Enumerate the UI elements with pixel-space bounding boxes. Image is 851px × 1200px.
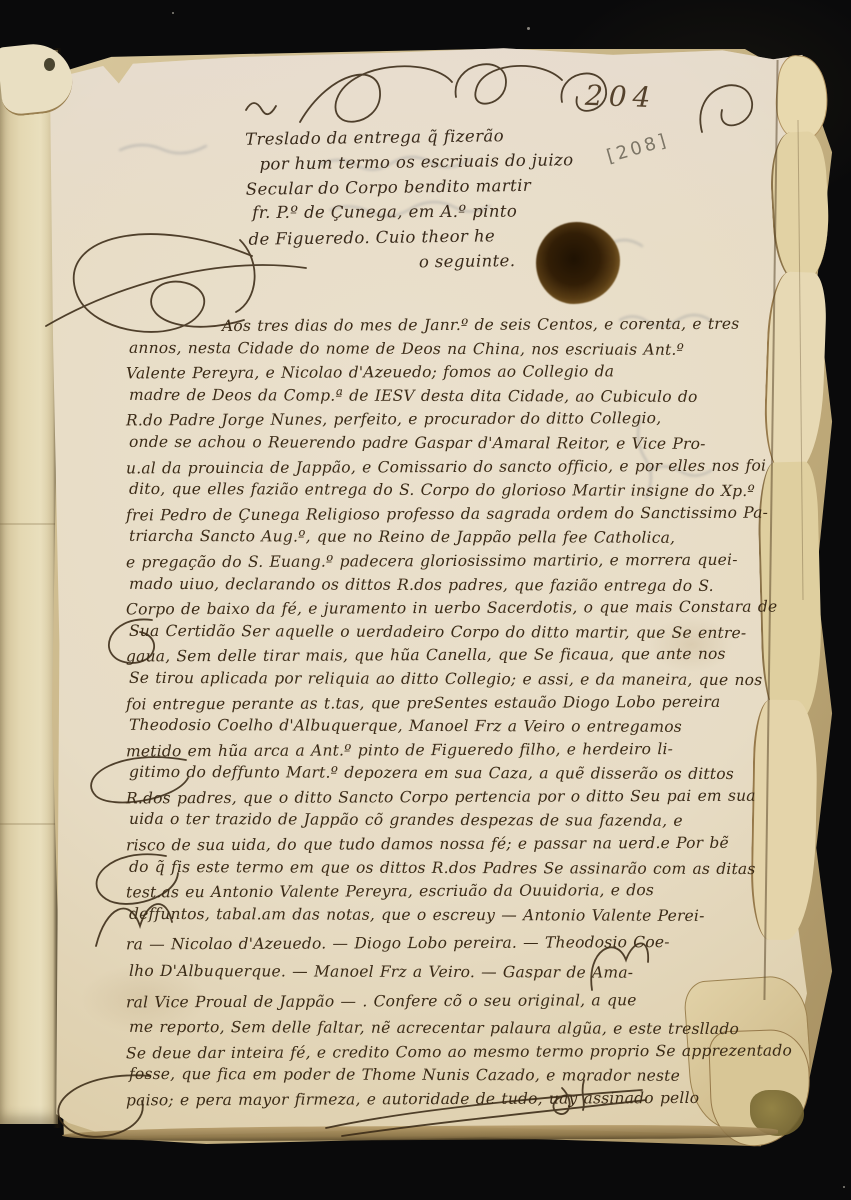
manuscript-line: uida o ter trazido de Jappão cõ grandes … [129, 808, 777, 834]
manuscript-line: frei Pedro de Çunega Religioso professo … [126, 501, 774, 527]
manuscript-line: ra — Nicolao d'Azeuedo. — Diogo Lobo per… [126, 931, 774, 957]
paper-crease [0, 523, 58, 525]
manuscript-line: test.as eu Antonio Valente Pereyra, escr… [126, 879, 774, 905]
page-number: 204 [584, 79, 657, 114]
body-text-block: Aos tres dias do mes de Janr.º de seis C… [126, 314, 774, 1112]
manuscript-photo: 204 [208] Treslado da entrega q̃ fizerão… [0, 0, 851, 1200]
manuscript-line: metido em hũa arca a Ant.º pinto de Figu… [126, 737, 774, 763]
manuscript-line: lho D'Albuquerque. — Manoel Frz a Veiro.… [129, 960, 777, 986]
manuscript-line: u.al da prouincia de Jappão, e Comissari… [126, 454, 774, 480]
manuscript-line: gitimo do deffunto Mart.º depozera em su… [129, 761, 777, 787]
manuscript-line: mado uiuo, declarando os dittos R.dos pa… [129, 572, 777, 598]
manuscript-line: Aos tres dias do mes de Janr.º de seis C… [126, 313, 774, 339]
manuscript-line: foi entregue perante as t.tas, que preSe… [126, 690, 774, 716]
heading-line: Secular do Corpo bendito martir [246, 171, 646, 202]
manuscript-line: onde se achou o Reuerendo padre Gaspar d… [129, 431, 777, 457]
manuscript-line: risco de sua uida, do que tudo damos nos… [126, 832, 774, 858]
manuscript-line: deffuntos, tabal.am das notas, que o esc… [129, 903, 777, 929]
manuscript-line: do q̃ fis este termo em que os dittos R.… [129, 856, 777, 882]
manuscript-line: madre de Deos da Comp.ª de IESV desta di… [129, 384, 777, 410]
dust-speck [527, 27, 530, 30]
manuscript-line: dito, que elles fazião entrega do S. Cor… [129, 478, 777, 504]
manuscript-line: Se tirou aplicada por reliquia ao ditto … [129, 667, 777, 693]
dust-speck [172, 12, 174, 14]
manuscript-line: ral Vice Proual de Jappão — . Confere cõ… [126, 988, 774, 1014]
manuscript-line: Se deue dar inteira fé, e credito Como a… [126, 1039, 774, 1065]
manuscript-line: Valente Pereyra, e Nicolao d'Azeuedo; fo… [126, 360, 774, 386]
manuscript-line: triarcha Sancto Aug.º, que no Reino de J… [129, 525, 777, 551]
manuscript-line: Theodosio Coelho d'Albuquerque, Manoel F… [129, 714, 777, 740]
facing-page-edge [0, 50, 58, 1124]
dust-speck [843, 1186, 845, 1188]
edge-notch [44, 58, 55, 71]
heading-line: fr. P.º de Çunega, em A.º pinto [252, 198, 646, 225]
manuscript-line: R.do Padre Jorge Nunes, perfeito, e proc… [126, 407, 774, 433]
manuscript-line: fosse, que fica em poder de Thome Nunis … [129, 1063, 777, 1089]
manuscript-line: annos, nesta Cidade do nome de Deos na C… [129, 336, 777, 362]
heading-line: o seguinte. [419, 246, 647, 274]
manuscript-line: gaua, Sem delle tirar mais, que hũa Cane… [126, 643, 774, 669]
manuscript-line: R.dos padres, que o ditto Sancto Corpo p… [126, 784, 774, 810]
manuscript-line: e pregação do S. Euang.º padecera glorio… [126, 549, 774, 575]
heading-block: Treslado da entrega q̃ fizerão por hum t… [245, 121, 647, 277]
manuscript-line: Corpo de baixo da fé, e juramento in uer… [126, 596, 774, 622]
manuscript-line: paiso; e pera mayor firmeza, e autoridad… [126, 1087, 774, 1113]
manuscript-line: me reporto, Sem delle faltar, nẽ acrecen… [129, 1016, 777, 1042]
manuscript-line: Sua Certidão Ser aquelle o uerdadeiro Co… [129, 620, 777, 646]
paper-crease [0, 823, 58, 825]
